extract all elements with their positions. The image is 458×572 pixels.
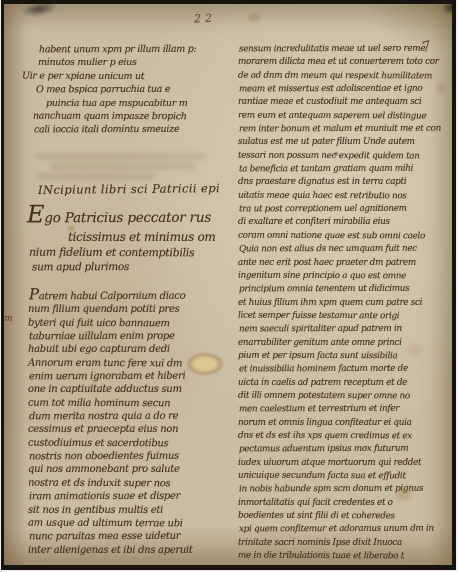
text-line: sit nos in gentibus multis eti bbox=[28, 504, 193, 517]
text-line: ante nec erit post haec praeter dm patre… bbox=[238, 257, 436, 270]
right-column: sensum incredulitatis meae ut uel sero r… bbox=[238, 43, 436, 563]
text-line: habuit ubi ego capturam dedi bbox=[28, 343, 193, 356]
text-line: nunc paruitas mea esse uidetur bbox=[29, 530, 194, 544]
text-line: uitatis meae quia haec est retributio no… bbox=[238, 189, 436, 203]
left-body-text: Patrem habui Calpornium diaconum filium … bbox=[28, 288, 193, 557]
text-line: pium et per ipsum facta sunt uissibilia bbox=[238, 349, 436, 363]
text-line: iram animationis suae et disper bbox=[29, 490, 194, 504]
text-line: norum et omnis lingua confiteatur ei qui… bbox=[238, 417, 436, 430]
smudge-top-left bbox=[19, 0, 59, 19]
text-line: et huius filium ihm xpm quem cum patre s… bbox=[238, 297, 436, 310]
text-line: sum apud plurimos bbox=[32, 260, 217, 275]
text-line: inter alienigenas et ibi dns aperuit bbox=[28, 544, 193, 557]
text-line: taburniae uillulam enim prope bbox=[29, 330, 194, 344]
speck bbox=[437, 84, 447, 92]
text-line: ingenitum sine principio a quo est omne bbox=[238, 269, 436, 283]
text-line: O mea bspica parruchia tua e bbox=[36, 83, 227, 97]
text-line: boedientes ut sint filii di et coheredes bbox=[238, 510, 436, 524]
show-through-line bbox=[36, 153, 206, 160]
text-line: Uir e per xpiane unicum ut bbox=[22, 69, 226, 83]
show-through-line bbox=[50, 163, 196, 170]
text-line: xpi quem confitemur et adoramus unum dm … bbox=[239, 523, 437, 537]
text-line: custodiuimus et sacerdotibus bbox=[28, 436, 193, 450]
text-line: Annorum eram tunc fere xui dm bbox=[28, 356, 193, 370]
text-line: uicta in caelis ad patrem receptum et de bbox=[238, 377, 436, 390]
text-line: pectamus aduentum ipsius mox futurum bbox=[239, 443, 437, 457]
text-line: me in die tribulationis tuae et liberabo… bbox=[238, 550, 436, 564]
text-line: byteri qui fuit uico bannauem bbox=[28, 316, 193, 330]
text-line: enim uerum ignorabam et hiberi bbox=[29, 370, 194, 384]
right-body-text: sensum incredulitatis meae ut uel sero r… bbox=[238, 43, 436, 563]
text-line: de ad dnm dm meum qui respexit humilitat… bbox=[238, 69, 436, 83]
left-column: habent unum xpm pr illum illam p:minutos… bbox=[26, 43, 226, 137]
closing-text-block: habent unum xpm pr illum illam p:minutos… bbox=[26, 43, 226, 137]
text-line: Ego Patricius peccator rus bbox=[27, 203, 217, 230]
text-line: dit illi omnem potestatem super omne no bbox=[238, 390, 436, 404]
manuscript-page: 22 7 m habent unum xpm pr illum illam p:… bbox=[1, 0, 456, 570]
text-line: rem eum et antequam saperem uel distingu… bbox=[238, 109, 436, 123]
text-line: habent unum xpm pr illum illam p: bbox=[39, 43, 227, 57]
text-line: rem inter bonum et malum et muniuit me e… bbox=[239, 123, 437, 137]
text-line: cessimus et praecepta eius non bbox=[28, 423, 193, 436]
text-line: sulatus est me ut pater filium Unde aute… bbox=[238, 136, 436, 149]
text-line: sensum incredulitatis meae ut uel sero r… bbox=[239, 43, 437, 57]
text-line: licet semper fuisse testamur ante origi bbox=[238, 309, 436, 323]
show-through-line bbox=[36, 173, 155, 180]
confessio-opening-block: Ego Patricius peccator rusticissimus et … bbox=[26, 203, 215, 274]
text-line: iudex uiuorum atque mortuorum qui reddet bbox=[238, 457, 436, 470]
text-line: dum merita nostra quia a do re bbox=[29, 410, 194, 424]
show-through-marks bbox=[36, 150, 206, 184]
text-line: nanchuam quam impasze bropich bbox=[33, 110, 226, 124]
text-line: nostra et ds induxit super nos bbox=[28, 476, 193, 490]
text-line: meam et missertus est adoliscentiae et i… bbox=[239, 83, 437, 97]
text-line: tessari non possum nec expedit quidem ta… bbox=[238, 149, 436, 163]
text-line: one in captiuitate adductus sum bbox=[28, 383, 193, 396]
text-line: cum tot milia hominum secun bbox=[28, 396, 193, 410]
text-line: men caelestium et terrestrium et infer bbox=[239, 403, 437, 417]
photo-mat: 22 7 m habent unum xpm pr illum illam p:… bbox=[0, 0, 458, 572]
text-line: nem saeculi spiritaliter apud patrem in bbox=[239, 323, 437, 337]
text-line: morarem dilicta mea et ut conuerterem to… bbox=[238, 56, 436, 69]
text-line: dns praestare dignatus est in terra capt… bbox=[238, 176, 436, 189]
folio-number: 22 bbox=[194, 12, 216, 26]
text-line: nium fidelium et contemptibilis bbox=[29, 245, 216, 261]
text-line: in nobis habunde spm scm donum et pignus bbox=[239, 483, 437, 497]
text-line: enarrabiliter genitum ante omne princi bbox=[238, 337, 436, 350]
text-line: nostris non oboedientes fuimus bbox=[29, 450, 194, 464]
incipit-rubric: INcipiunt libri sci Patricii epi bbox=[38, 181, 220, 197]
text-line: principium omnia tenentem ut didicimus bbox=[239, 283, 437, 297]
text-line: cali ioccia itali domintu smeuize bbox=[34, 123, 227, 137]
smudge-top-right bbox=[442, 1, 456, 15]
text-line: trinitate sacri nominis Ipse dixit Inuoc… bbox=[238, 537, 436, 550]
text-line: qui nos ammonebant pro salute bbox=[28, 463, 193, 476]
text-line: minutos mulier p eius bbox=[38, 56, 226, 69]
text-line: unicuique secundum facta sua et effudit bbox=[238, 470, 436, 484]
text-line: Patrem habui Calpornium diaco bbox=[29, 288, 194, 304]
text-line: puincia tua ape mspucabitur m bbox=[46, 97, 226, 110]
stain-near-folio-number bbox=[248, 13, 260, 21]
text-line: am usque ad ultimum terrae ubi bbox=[28, 516, 193, 530]
margin-letter: m bbox=[4, 314, 13, 324]
text-line: dns et ds est ihs xps quem credimus et e… bbox=[238, 430, 436, 444]
text-line: Quia non est alius ds nec umquam fuit ne… bbox=[239, 243, 437, 257]
text-line: di exaltare et confiteri mirabilia eius bbox=[238, 216, 436, 229]
text-line: num filium quendam potiti pres bbox=[28, 303, 193, 316]
text-line: inmortalitatis qui facit credentes et o bbox=[238, 497, 436, 510]
text-line: tra ut post correptionem uel agnitionem bbox=[239, 203, 437, 217]
text-line: ta beneficia et tantam gratiam quam mihi bbox=[239, 163, 437, 177]
text-line: coram omni natione quae est sub omni cae… bbox=[238, 229, 436, 243]
text-line: ticissimus et minimus om bbox=[68, 229, 215, 245]
text-line: rantiae meae et custodiuit me antequam s… bbox=[238, 96, 436, 109]
text-line: et inuissibilia hominem factum morte de bbox=[239, 363, 437, 377]
